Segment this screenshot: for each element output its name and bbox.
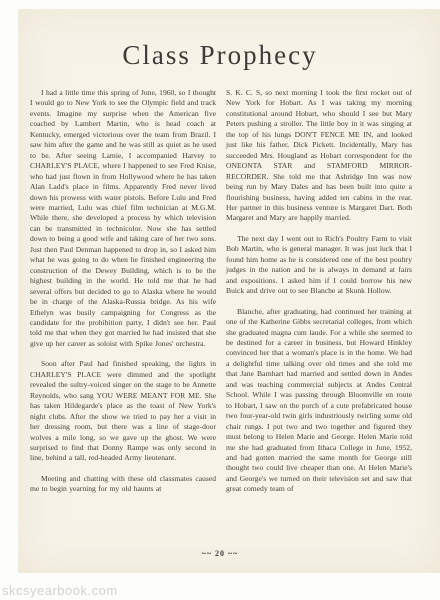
text-column-right: S. K. C. S, so next morning I took the f… — [226, 88, 412, 495]
page-number: ~~ 20 ~~ — [0, 549, 440, 558]
paragraph: The next day I went out to Rich's Poultr… — [226, 234, 412, 297]
paragraph: Meeting and chatting with these old clas… — [30, 474, 216, 495]
scanned-yearbook-page: Class Prophecy I had a little time this … — [0, 0, 440, 600]
watermark: skcsyearbook.com — [2, 583, 118, 598]
paragraph: Blanche, after graduating, had continued… — [226, 307, 412, 495]
paragraph: I had a little time this spring of June,… — [30, 88, 216, 349]
paragraph: S. K. C. S, so next morning I took the f… — [226, 88, 412, 224]
text-columns: I had a little time this spring of June,… — [30, 88, 412, 495]
text-column-left: I had a little time this spring of June,… — [30, 88, 216, 495]
paragraph: Soon after Paul had finished speaking, t… — [30, 359, 216, 464]
page-title: Class Prophecy — [0, 40, 440, 71]
